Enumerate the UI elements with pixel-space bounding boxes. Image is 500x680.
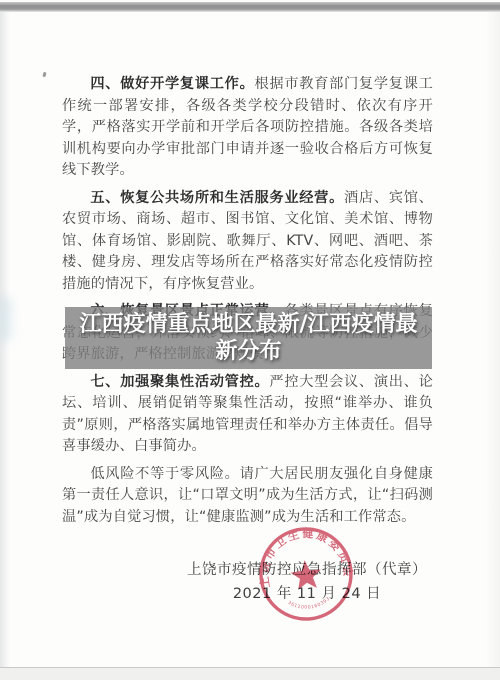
news-title-line-1: 江西疫情重点地区最新/江西疫情最 <box>65 311 432 338</box>
section-7-heading: 七、加强聚集性活动管控。 <box>90 374 269 390</box>
official-seal: 上饶市卫生健康委员会 3611000160393 <box>251 519 361 629</box>
paragraph-closing: 低风险不等于零风险。请广大居民朋友强化自身健康第一责任人意识，让“口罩文明”成为… <box>62 464 433 529</box>
closing-text: 低风险不等于零风险。请广大居民朋友强化自身健康第一责任人意识，让“口罩文明”成为… <box>62 466 433 525</box>
section-5-heading: 五、恢复公共场所和生活服务业经营。 <box>90 190 344 206</box>
news-title-line-2: 新分布 <box>65 338 432 365</box>
paragraph-section-7: 七、加强聚集性活动管控。严控大型会议、演出、论坛、培训、展销促销等聚集性活动，按… <box>62 372 433 458</box>
photo-right-shadow <box>486 12 500 667</box>
photo-bottom-edge <box>0 667 500 680</box>
photo-smudge <box>0 296 12 342</box>
news-title-banner: 江西疫情重点地区最新/江西疫情最 新分布 <box>65 307 432 369</box>
photo-top-edge <box>0 2 500 12</box>
paragraph-section-5: 五、恢复公共场所和生活服务业经营。酒店、宾馆、农贸市场、商场、超市、图书馆、文化… <box>62 188 433 296</box>
document-photo: 四、做好开学复课工作。根据市教育部门复学复课工作统一部署安排，各级各类学校分段错… <box>0 0 500 680</box>
photo-speck <box>42 72 46 78</box>
paragraph-section-4: 四、做好开学复课工作。根据市教育部门复学复课工作统一部署安排，各级各类学校分段错… <box>62 74 433 182</box>
notice-body: 四、做好开学复课工作。根据市教育部门复学复课工作统一部署安排，各级各类学校分段错… <box>62 74 433 534</box>
seal-star-icon <box>289 558 322 590</box>
seal-code: 3611000160393 <box>286 595 332 612</box>
section-4-heading: 四、做好开学复课工作。 <box>90 76 254 92</box>
